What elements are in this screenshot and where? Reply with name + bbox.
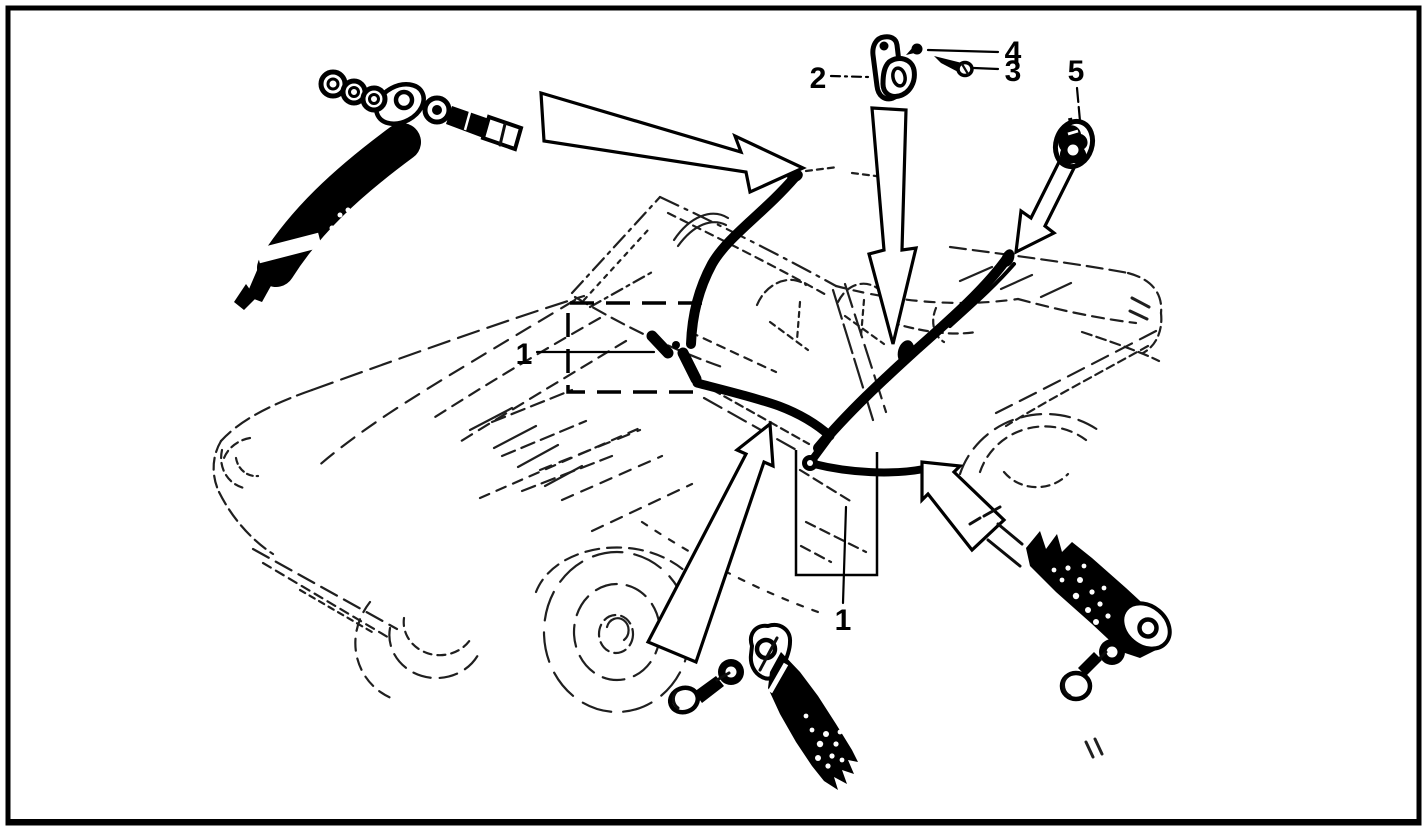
pointer-arrows bbox=[541, 93, 1075, 662]
leader-line-5 bbox=[1077, 88, 1080, 121]
anchor-plate-eye bbox=[396, 92, 412, 108]
anchor-bolt bbox=[1062, 652, 1106, 699]
anchor-bolt bbox=[446, 106, 521, 149]
leader-line-4 bbox=[928, 50, 998, 52]
detail-part-screw bbox=[906, 44, 923, 56]
detail-part-belt-hanger bbox=[873, 37, 915, 99]
seat-belt-parts-diagram: 1 1 2 3 4 5 bbox=[0, 0, 1427, 831]
pointer-arrow-sill-anchor bbox=[922, 462, 1004, 550]
pointer-arrow-quarter-anchor bbox=[1016, 158, 1075, 252]
leader-line-3 bbox=[974, 68, 998, 69]
pointer-arrow-upper-anchor bbox=[541, 93, 803, 192]
page-border bbox=[8, 8, 1419, 823]
washer-stack bbox=[321, 72, 385, 110]
callout-label-4: 4 bbox=[1005, 36, 1022, 69]
callout-label-5: 5 bbox=[1068, 55, 1085, 88]
dashed-callout-box bbox=[568, 303, 702, 392]
callout-label-1-left: 1 bbox=[516, 338, 533, 371]
car-outline-sketch bbox=[214, 167, 1162, 757]
rear-wheel-arch bbox=[960, 414, 1098, 487]
scanned-parts-diagram-page: 1 1 2 3 4 5 bbox=[0, 0, 1427, 831]
leader-line-2 bbox=[831, 76, 869, 77]
detail-belt-assembly-bottom-right bbox=[970, 507, 1179, 699]
anchor-plate-eye bbox=[1140, 620, 1157, 637]
leader-line-1-bottom bbox=[843, 507, 846, 603]
pointer-arrow-floor-anchor bbox=[648, 424, 773, 662]
callout-label-1-bottom: 1 bbox=[835, 604, 852, 637]
detail-part-tapping-screw bbox=[934, 56, 972, 76]
detail-belt-assembly-top-left bbox=[234, 72, 521, 310]
pointer-arrow-deck-anchor bbox=[869, 108, 916, 344]
callout-label-2: 2 bbox=[810, 62, 827, 95]
